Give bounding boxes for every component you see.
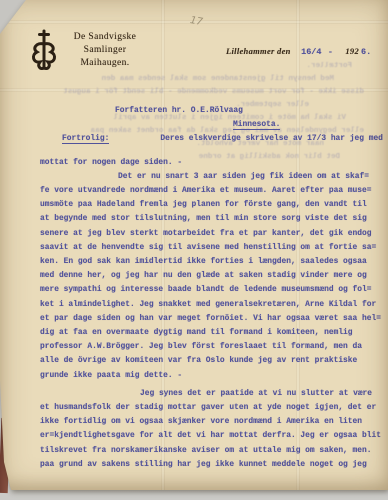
typed-line: ket i almindelighet. Jeg snakket med gen… (40, 298, 382, 312)
typed-line: tilskrevet fra norskamerikanske aviser o… (40, 444, 382, 458)
typed-line: at begynde med stor tilslutning, men til… (40, 212, 382, 226)
typed-line: et husmandsfolk der stadig mottar gaver … (40, 401, 382, 415)
paper-wrap: De Sandvigske Samlinger Maihaugen. 17 Li… (0, 0, 388, 500)
recipient-address: Minnesota. (40, 118, 382, 132)
typed-line: mottat for nogen dage siden. - (40, 156, 382, 170)
typed-line: alle de övrige av komiteen var fra Oslo … (40, 354, 382, 368)
recipient-name: Forfatteren hr. O.E.Rölvaag (40, 104, 382, 118)
typed-line: ken. En god sak kan imidlertid ikke fort… (40, 255, 382, 269)
confidential-row: Fortrolig:Deres elskverdige skrivelse av… (40, 132, 382, 146)
typed-line: professor A.W.Brögger. Jeg blev först fo… (40, 340, 382, 354)
typed-line: Det er nu snart 3 aar siden jeg fik idee… (40, 170, 382, 184)
org-line: Maihaugen. (62, 57, 148, 70)
typed-line: med denne her, og jeg har nu den glæde a… (40, 269, 382, 283)
typed-line: saavit at de henvendte sig til avisene m… (40, 241, 382, 255)
bleedthrough-line: disse ikke - for vort museums vedkommend… (34, 86, 364, 99)
letter-paper: De Sandvigske Samlinger Maihaugen. 17 Li… (0, 0, 388, 490)
letter-paragraphs: mottat for nogen dage siden. -Det er nu … (40, 156, 382, 472)
pencil-archive-number: 17 (189, 15, 203, 28)
typed-letter-body: Forfatteren hr. O.E.Rölvaag Minnesota. F… (40, 104, 382, 472)
typed-line: ikke fortidlig om vi ogsaa skjænker vore… (40, 415, 382, 429)
bleedthrough-line: Med hensyn til gjenstandene som skal sen… (34, 73, 334, 86)
typed-line: Jeg synes det er paatide at vi nu slutte… (40, 387, 382, 401)
org-line: Samlinger (62, 44, 148, 57)
dateline-year-typed: 6. (361, 47, 371, 57)
typed-line: umsmöte paa Hadeland fremla jeg planen f… (40, 198, 382, 212)
dateline-typed-dash: - (328, 47, 333, 57)
recipient-address-text: Minnesota. (233, 120, 280, 130)
typed-line: mere sympathi og interesse baade blandt … (40, 283, 382, 297)
typed-line: er=kjendtlighetsgave for alt det vi har … (40, 429, 382, 443)
letterhead-org-name: De Sandvigske Samlinger Maihaugen. (62, 31, 148, 70)
dateline-year-printed: 192 (345, 46, 359, 56)
letter-photograph: De Sandvigske Samlinger Maihaugen. 17 Li… (0, 0, 388, 500)
typed-line: senere at jeg blev sterkt motarbeidet fr… (40, 227, 382, 241)
typed-line: grunde ikke paata mig dette. - (40, 369, 382, 383)
org-line: De Sandvigske (62, 31, 148, 44)
typed-line: fe vore utvandrede nordmænd i Amerika et… (40, 184, 382, 198)
dateline-place-printed: Lillehammer den (226, 46, 291, 56)
typed-line: dig at faa en overmaate dygtig mand til … (40, 326, 382, 340)
opening-line: Deres elskverdige skrivelse av 17/3 har … (160, 134, 388, 143)
typed-line: et par dage siden og han var meget fornö… (40, 312, 382, 326)
confidential-label: Fortrolig: (62, 134, 109, 144)
dateline: Lillehammer den 16/4 - 1926. (226, 46, 384, 57)
horizontal-crease (0, 88, 388, 92)
dateline-typed-date: 16/4 (301, 47, 321, 57)
sandvig-monogram-icon (29, 29, 59, 73)
typed-line: paa grund av sakens stilling har jeg ikk… (40, 458, 382, 472)
